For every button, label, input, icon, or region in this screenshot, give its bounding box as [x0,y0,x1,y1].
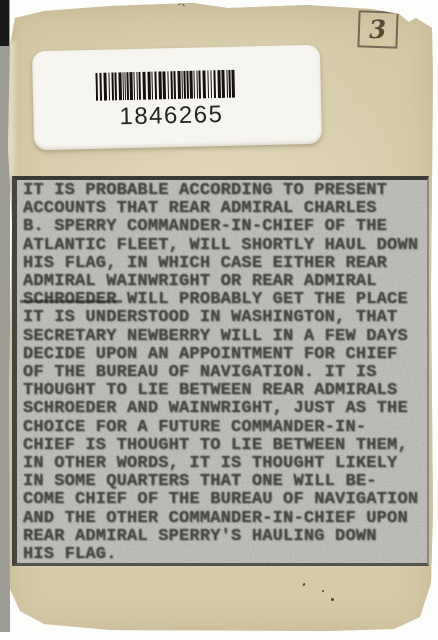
scanner-edge-strip [0,0,10,632]
pencil-x-mark: ✕ [175,0,188,11]
cardboard-card: ✕ 3 1846265 IT IS PROBABLE ACCORDING TO … [0,0,438,640]
page-number: 3 [369,17,387,43]
ink-speck [331,598,334,601]
print-smudge-line [20,300,122,303]
clipping-text: IT IS PROBABLE ACCORDING TO PRESENT ACCO… [23,182,427,564]
ink-speck [322,590,324,592]
barcode [95,70,243,101]
scanned-card-page: ✕ 3 1846265 IT IS PROBABLE ACCORDING TO … [0,0,438,640]
barcode-label: 1846265 [32,45,322,151]
news-clipping: IT IS PROBABLE ACCORDING TO PRESENT ACCO… [12,176,429,566]
ink-speck [302,583,305,587]
barcode-number: 1846265 [33,99,310,133]
page-number-box: 3 [357,10,398,48]
scanner-corner-artifact [0,0,9,46]
